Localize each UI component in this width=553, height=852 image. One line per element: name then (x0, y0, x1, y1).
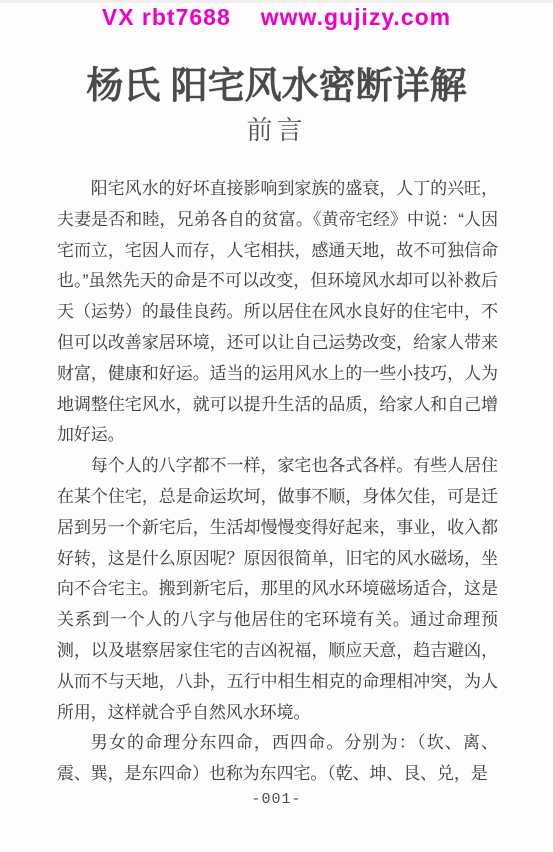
watermark-header: VX rbt7688www.gujizy.com (0, 4, 553, 31)
paragraph: 每个人的八字都不一样，家宅也各式各样。有些人居住在某个住宅，总是命运坎坷，做事不… (57, 451, 498, 728)
book-title: 杨氏 阳宅风水密断详解 (0, 55, 553, 109)
watermark-vx-id: VX rbt7688 (102, 4, 231, 30)
paragraph: 男女的命理分东四命，西四命。分别为：（坎、离、震、巽，是东四命）也称为东四宅。（… (57, 728, 498, 790)
section-heading: 前言 (0, 110, 553, 147)
watermark-site-url: www.gujizy.com (261, 4, 451, 30)
preface-text: 阳宅风水的好坏直接影响到家族的盛衰，人丁的兴旺，夫妻是否和睦，兄弟各自的贫富。《… (57, 174, 498, 790)
paragraph: 阳宅风水的好坏直接影响到家族的盛衰，人丁的兴旺，夫妻是否和睦，兄弟各自的贫富。《… (57, 174, 498, 451)
page-number: -001- (0, 791, 553, 808)
document-page: VX rbt7688www.gujizy.com 杨氏 阳宅风水密断详解 前言 … (0, 0, 553, 852)
